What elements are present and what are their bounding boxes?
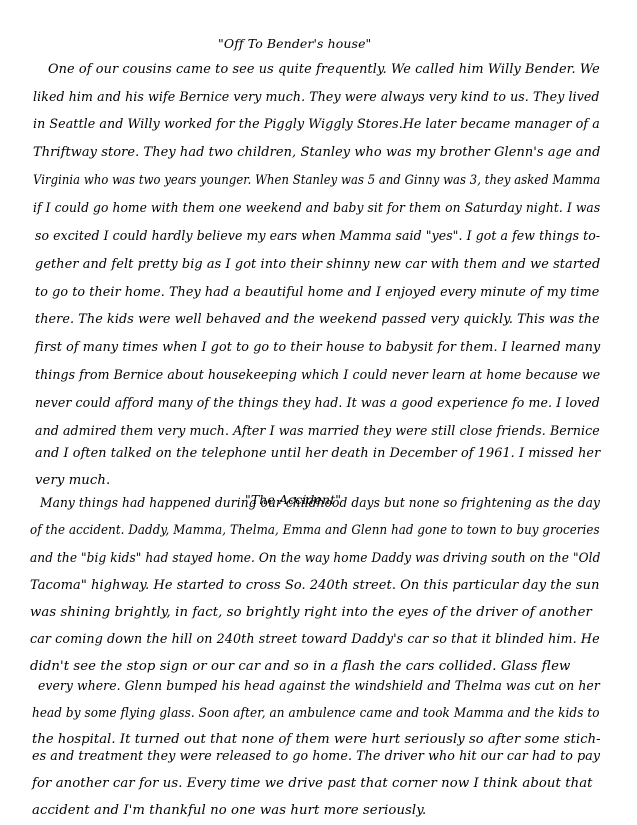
text-line: every where. Glenn bumped his head again… [38,679,600,695]
text-line: Thriftway store. They had two children, … [33,145,600,161]
text-line: head by some flying glass. Soon after, a… [32,706,600,722]
text-line: didn't see the stop sign or our car and … [30,659,570,675]
text-line: Virginia who was two years younger. When… [33,173,600,189]
text-line: Many things had happened during our chil… [40,496,600,512]
text-line: never could afford many of the things th… [35,396,600,412]
text-line: and admired them very much. After I was … [35,424,600,440]
text-line: things from Bernice about housekeeping w… [35,368,600,384]
text-line: of the accident. Daddy, Mamma, Thelma, E… [30,523,600,539]
text-line: if I could go home with them one weekend… [33,201,600,217]
text-line: for another car for us. Every time we dr… [32,776,593,792]
text-line: One of our cousins came to see us quite … [48,62,600,78]
text-line: in Seattle and Willy worked for the Pigg… [33,117,600,133]
text-line: and the "big kids" had stayed home. On t… [30,551,600,567]
text-line: the hospital. It turned out that none of… [32,732,601,748]
section-title: "Off To Bender's house" [218,36,371,52]
text-line: gether and felt pretty big as I got into… [35,257,600,273]
text-line: es and treatment they were released to g… [32,749,600,765]
text-line: first of many times when I got to go to … [35,340,600,356]
text-line: was shining brightly, in fact, so bright… [30,605,592,621]
text-line: to go to their home. They had a beautifu… [35,285,599,301]
text-line: and I often talked on the telephone unti… [35,446,600,462]
text-line: there. The kids were well behaved and th… [35,312,600,328]
text-line: Tacoma" highway. He started to cross So.… [30,578,599,594]
text-line: liked him and his wife Bernice very much… [33,90,600,106]
text-line: very much. [35,473,110,489]
text-line: accident and I'm thankful no one was hur… [32,803,426,819]
document-page: "Off To Bender's house" One of our cousi… [0,0,637,825]
text-line: so excited I could hardly believe my ear… [35,229,600,245]
text-line: car coming down the hill on 240th street… [30,632,600,648]
